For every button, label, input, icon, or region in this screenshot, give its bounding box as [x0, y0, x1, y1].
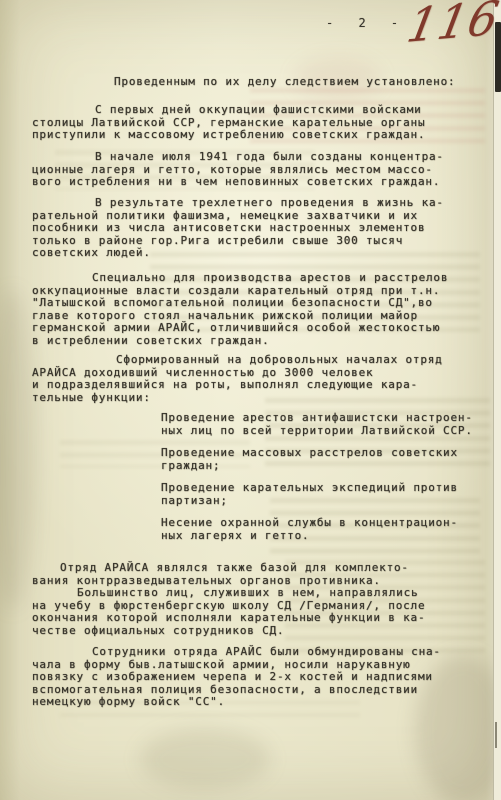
scan-edge-mark	[495, 722, 497, 748]
list-item: Проведение арестов антифашистски настрое…	[161, 412, 491, 437]
paragraph: С первых дней оккупации фашистскими войс…	[32, 104, 482, 142]
page-number: - 2 -	[326, 16, 405, 30]
paragraph: Сформированный на добровольных началах о…	[32, 354, 482, 404]
scan-edge	[493, 0, 501, 800]
handwritten-page-number: 116	[403, 0, 501, 50]
paragraph: Большинство лиц, служивших в нем, направ…	[32, 587, 482, 637]
paper-stain	[0, 290, 35, 610]
paragraph: Специально для производства арестов и ра…	[32, 272, 487, 348]
document-heading: Проведенным по их делу следствием устано…	[114, 76, 484, 89]
paper-stain	[140, 728, 270, 790]
paragraph: Сотрудники отряда АРАЙС были обмундирова…	[32, 646, 487, 709]
paragraph: В начале июля 1941 года были созданы кон…	[32, 151, 482, 189]
paragraph: Отряд АРАЙСА являлся также базой для ком…	[32, 562, 482, 587]
scanned-document-page: - 2 - 116 Проведенным по их делу следств…	[0, 0, 501, 800]
list-item: Проведение массовых расстрелов советских…	[161, 447, 491, 472]
list-item: Проведение карательных экспедиций против…	[161, 482, 491, 507]
list-item: Несение охранной службы в концентрацион-…	[161, 517, 491, 542]
paragraph: В результате трехлетнего проведения в жи…	[32, 197, 482, 260]
